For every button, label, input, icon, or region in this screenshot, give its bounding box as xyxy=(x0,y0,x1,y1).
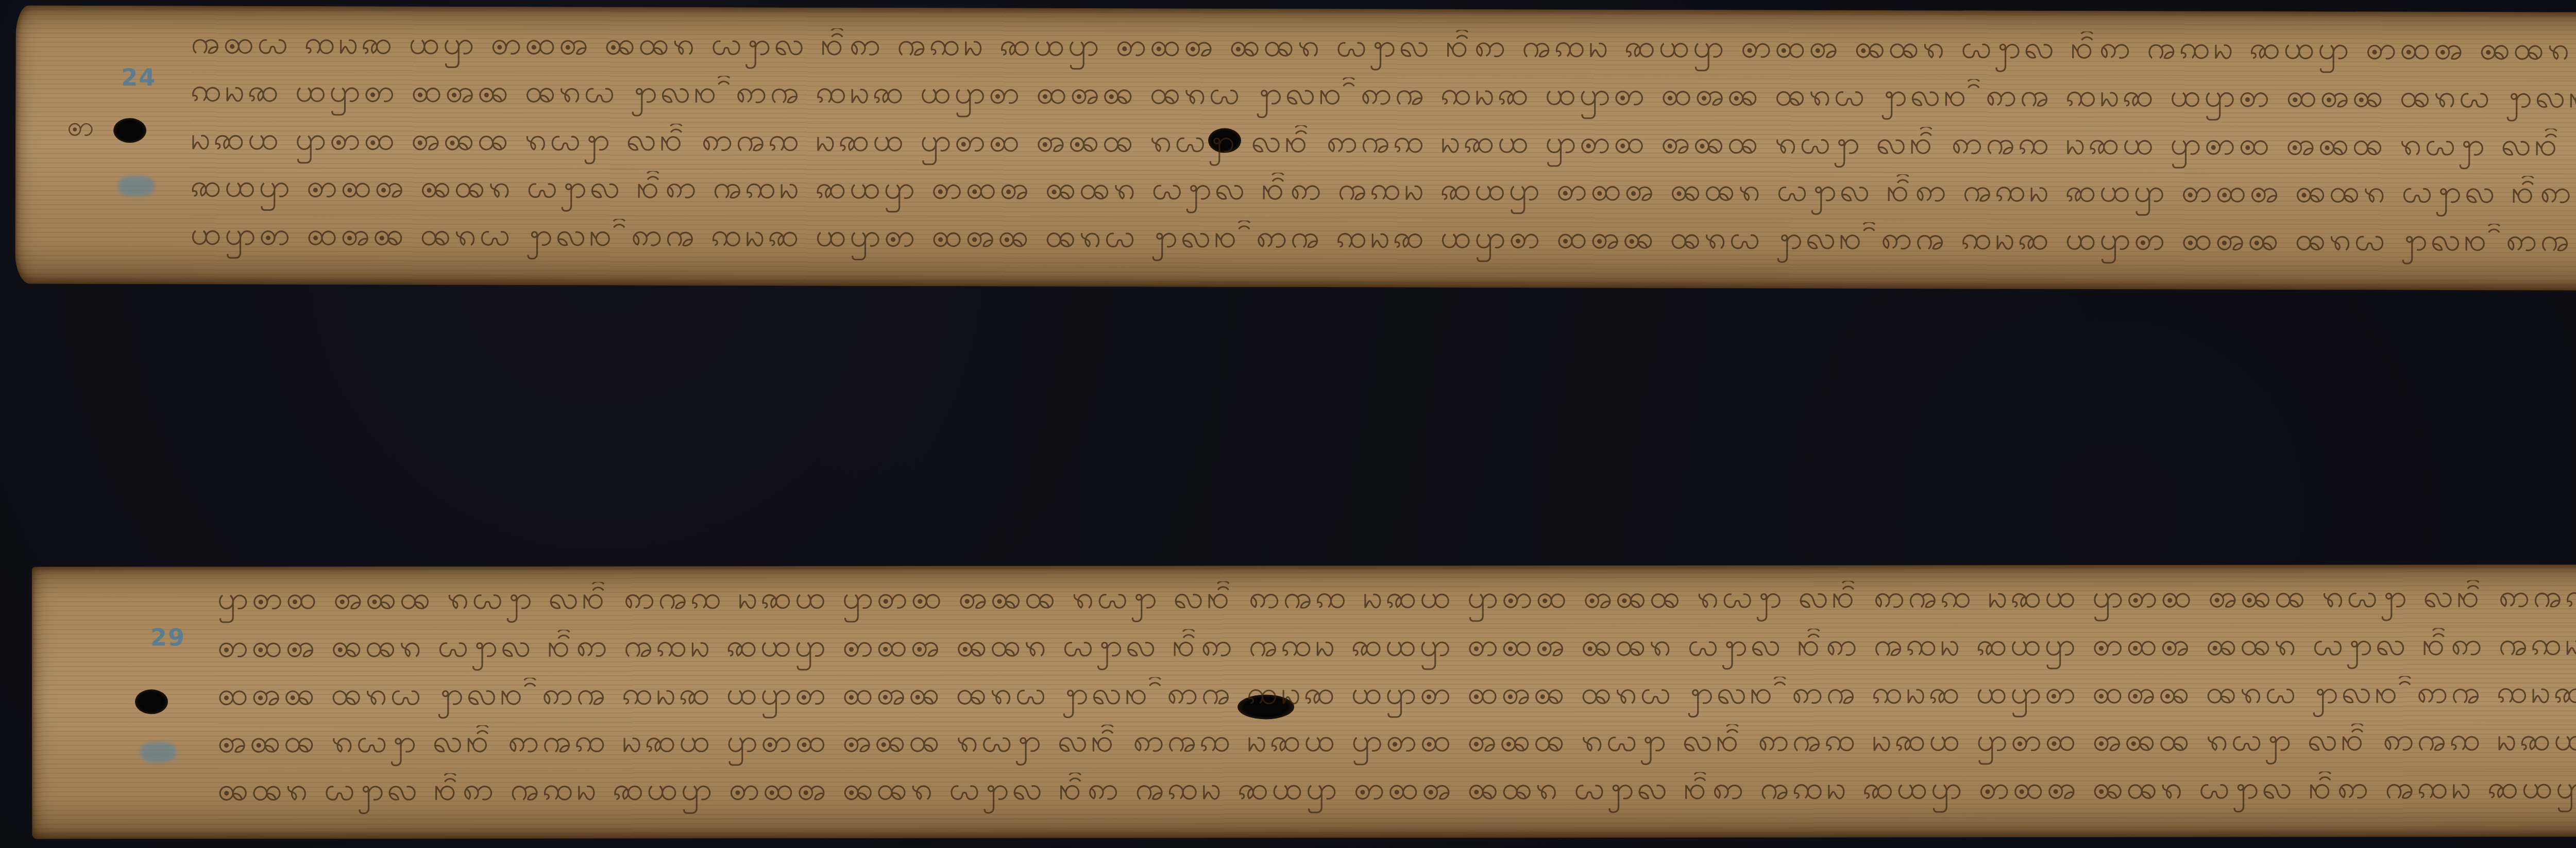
script-line: ꩡꩢꩣ ꩤꩥꩦ ꩧꩨꩩ ꩪꩫꩬ ꩭꩮꩯ ꩰꩱꩠ ꩡꩢꩣ ꩤꩥꩦ ꩧꩨꩩ ꩪꩫꩬ … xyxy=(191,74,2576,127)
folio-number-left: 24 xyxy=(121,63,156,91)
palm-leaf-folio-top: 24 24 ꩦ ꩠꩧꩬ ꩡꩢꩣ ꩤꩥ ꩦꩧꩨ ꩩꩪꩫ ꩬꩭꩮ ꩯꩰꩱ ꩠꩡꩢ ꩣ… xyxy=(15,5,2576,291)
binding-hole-left xyxy=(113,118,146,143)
script-line: ꩧꩨꩩ ꩪꩫꩬ ꩭꩮꩯ ꩰꩱꩠ ꩡꩢꩣ ꩤꩥꩦ ꩧꩨꩩ ꩪꩫꩬ ꩭꩮꩯ ꩰꩱꩠ … xyxy=(217,675,2576,723)
script-line: ꩣꩤꩥ ꩦꩧꩨ ꩩꩪꩫ ꩬꩭꩮ ꩯꩰꩱ ꩠꩡꩢ ꩣꩤꩥ ꩦꩧꩨ ꩩꩪꩫ ꩬꩭꩮ … xyxy=(191,170,2576,223)
script-line: ꩢꩣꩤ ꩥꩦꩧ ꩨꩩꩪ ꩫꩬꩭ ꩮꩯꩰ ꩱꩠꩡ ꩢꩣꩤ ꩥꩦꩧ ꩨꩩꩪ ꩫꩬꩭ … xyxy=(191,122,2576,175)
blue-ink-mark xyxy=(140,742,176,762)
blue-ink-mark xyxy=(118,176,155,196)
folio-number-left: 29 xyxy=(150,623,185,651)
binding-hole-left xyxy=(135,689,168,714)
incised-script-text: ꩥꩦꩧ ꩨꩩꩪ ꩫꩬꩭ ꩮꩯꩰ ꩱꩠꩡ ꩢꩣꩤ ꩥꩦꩧ ꩨꩩꩪ ꩫꩬꩭ ꩮꩯꩰ … xyxy=(217,580,2576,819)
script-line: ꩨꩩꩪ ꩫꩬꩭ ꩮꩯꩰ ꩱꩠꩡ ꩢꩣꩤ ꩥꩦꩧ ꩨꩩꩪ ꩫꩬꩭ ꩮꩯꩰ ꩱꩠꩡ … xyxy=(217,723,2576,771)
script-line: ꩤꩥꩦ ꩧꩨꩩ ꩪꩫꩬ ꩭꩮꩯ ꩰꩱꩠ ꩡꩢꩣ ꩤꩥꩦ ꩧꩨꩩ ꩪꩫꩬ ꩭꩮꩯ … xyxy=(190,218,2576,270)
script-line: ꩠꩧꩬ ꩡꩢꩣ ꩤꩥ ꩦꩧꩨ ꩩꩪꩫ ꩬꩭꩮ ꩯꩰꩱ ꩠꩡꩢ ꩣꩤꩥ ꩦꩧꩨ ꩩ… xyxy=(191,26,2576,79)
script-line: ꩥꩦꩧ ꩨꩩꩪ ꩫꩬꩭ ꩮꩯꩰ ꩱꩠꩡ ꩢꩣꩤ ꩥꩦꩧ ꩨꩩꩪ ꩫꩬꩭ ꩮꩯꩰ … xyxy=(217,580,2576,628)
margin-glyph: ꩦ xyxy=(67,109,94,149)
script-line: ꩦꩧꩨ ꩩꩪꩫ ꩬꩭꩮ ꩯꩰꩱ ꩠꩡꩢ ꩣꩤꩥ ꩦꩧꩨ ꩩꩪꩫ ꩬꩭꩮ ꩯꩰꩱ … xyxy=(217,628,2576,676)
script-line: ꩩꩪꩫ ꩬꩭꩮ ꩯꩰꩱ ꩠꩡꩢ ꩣꩤꩥ ꩦꩧꩨ ꩩꩪꩫ ꩬꩭꩮ ꩯꩰꩱ ꩠꩡꩢ … xyxy=(217,771,2576,819)
incised-script-text: ꩠꩧꩬ ꩡꩢꩣ ꩤꩥ ꩦꩧꩨ ꩩꩪꩫ ꩬꩭꩮ ꩯꩰꩱ ꩠꩡꩢ ꩣꩤꩥ ꩦꩧꩨ ꩩ… xyxy=(190,26,2576,270)
palm-leaf-folio-bottom: 29 29 ꩥꩦꩧ ꩨꩩꩪ ꩫꩬꩭ ꩮꩯꩰ ꩱꩠꩡ ꩢꩣꩤ ꩥꩦꩧ ꩨꩩꩪ ꩫꩬ… xyxy=(32,564,2576,839)
